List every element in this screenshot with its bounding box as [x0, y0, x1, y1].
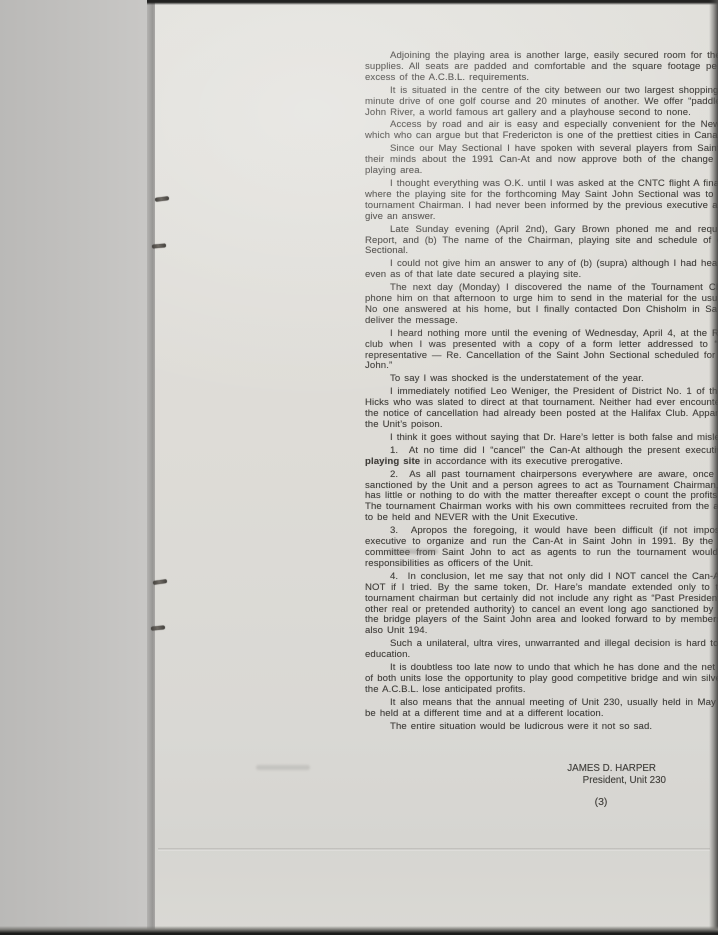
paragraph: 2. As all past tournament chairpersons e…: [365, 470, 718, 525]
letter-body: Adjoining the playing area is another la…: [365, 51, 718, 734]
paragraph-text: I think it goes without saying that Dr. …: [390, 432, 718, 443]
signature-block: JAMES D. HARPER President, Unit 230: [567, 763, 666, 786]
paragraph-text: 3. Apropos the foregoing, it would have …: [365, 525, 718, 569]
paragraph: The next day (Monday) I discovered the n…: [365, 283, 718, 327]
paragraph-text: Since our May Sectional I have spoken wi…: [365, 143, 718, 176]
paragraph-text: I could not give him an answer to any of…: [365, 258, 718, 280]
paragraph: Since our May Sectional I have spoken wi…: [365, 144, 718, 177]
scan-edge-bottom: [0, 926, 718, 935]
smudge: [388, 549, 438, 554]
paragraph-text: I immediately notified Leo Weniger, the …: [365, 386, 718, 430]
paragraph-text: Adjoining the playing area is another la…: [365, 50, 718, 83]
paragraph: It is situated in the centre of the city…: [365, 86, 718, 119]
paragraph-text: 4. In conclusion, let me say that not on…: [365, 571, 718, 637]
signature-name: JAMES D. HARPER: [567, 763, 666, 775]
paragraph: 4. In conclusion, let me say that not on…: [365, 572, 718, 637]
paragraph-text: It is situated in the centre of the city…: [365, 85, 718, 118]
smudge: [256, 765, 310, 770]
paragraph: To say I was shocked is the understateme…: [365, 374, 718, 385]
paragraph-text: 2. As all past tournament chairpersons e…: [365, 469, 718, 524]
paragraph: It also means that the annual meeting of…: [365, 698, 718, 720]
paragraph: I heard nothing more until the evening o…: [365, 329, 718, 373]
paragraph: Such a unilateral, ultra vires, unwarran…: [365, 639, 718, 661]
scanned-document: Adjoining the playing area is another la…: [0, 0, 718, 935]
paragraph-text: in accordance with its executive preroga…: [420, 456, 623, 467]
paragraph: It is doubtless too late now to undo tha…: [365, 663, 718, 696]
paragraph: I thought everything was O.K. until I wa…: [365, 179, 718, 223]
scan-edge-right: [709, 0, 718, 935]
paragraph: 1. At no time did I “cancel” the Can-At …: [365, 446, 718, 468]
paragraph-text: The next day (Monday) I discovered the n…: [365, 282, 718, 326]
paragraph: Adjoining the playing area is another la…: [365, 51, 718, 84]
paragraph-text: Late Sunday evening (April 2nd), Gary Br…: [365, 224, 718, 257]
paragraph: Access by road and air is easy and espec…: [365, 120, 718, 142]
paragraph-text: To say I was shocked is the understateme…: [390, 373, 644, 384]
scan-edge-top: [147, 0, 718, 5]
paragraph-text: It also means that the annual meeting of…: [365, 697, 718, 719]
booklet-fold-seam: [147, 0, 155, 935]
page-number: (3): [365, 796, 718, 808]
paragraph-text: I heard nothing more until the evening o…: [365, 328, 718, 372]
paragraph: Late Sunday evening (April 2nd), Gary Br…: [365, 225, 718, 258]
paragraph: 3. Apropos the foregoing, it would have …: [365, 526, 718, 570]
paragraph: I could not give him an answer to any of…: [365, 259, 718, 281]
paragraph-text: Such a unilateral, ultra vires, unwarran…: [365, 638, 718, 660]
paragraph: The entire situation would be ludicrous …: [365, 722, 718, 733]
scanner-background: [0, 0, 152, 935]
paragraph-text: 1. At no time did I “cancel” the Can-At …: [390, 445, 718, 456]
paragraph: I think it goes without saying that Dr. …: [365, 433, 718, 444]
underlying-page-edge: [158, 848, 710, 851]
paragraph-text: It is doubtless too late now to undo tha…: [365, 662, 718, 695]
paragraph: I immediately notified Leo Weniger, the …: [365, 387, 718, 431]
newsletter-page: Adjoining the playing area is another la…: [155, 0, 718, 935]
paragraph-text: I thought everything was O.K. until I wa…: [365, 178, 718, 222]
signature-title: President, Unit 230: [567, 775, 666, 787]
paragraph-text: The entire situation would be ludicrous …: [390, 721, 652, 732]
paragraph-text: Access by road and air is easy and espec…: [365, 119, 718, 141]
